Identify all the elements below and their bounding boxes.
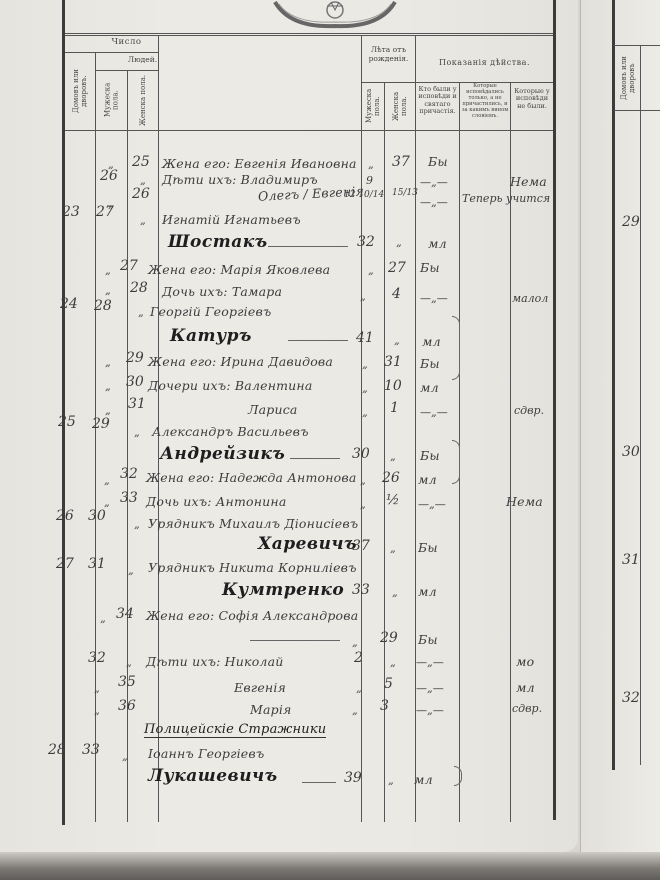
cell-age-male: „ — [362, 382, 368, 395]
cell-house: 24 — [60, 296, 78, 312]
cell-confessed: мл — [418, 584, 437, 599]
cell-name: Георгій Георгіевъ — [150, 304, 271, 319]
table-surface — [0, 852, 660, 880]
cell-confessed: мл — [422, 334, 441, 349]
hdr-bottom-rule — [65, 130, 553, 131]
cell-age-female: 10 — [384, 378, 402, 394]
cell-female: 30 — [126, 374, 144, 390]
crest-emblem-icon — [265, 0, 405, 30]
right-page-hdr-rule-bottom — [614, 110, 660, 111]
cell-male: „ — [105, 264, 111, 277]
cell-age-male: „ — [352, 704, 358, 717]
hdr-households: Домовъ или дворовъ. — [65, 55, 95, 128]
cell-surname: Харевичъ — [258, 534, 357, 554]
bracket-mark — [452, 316, 460, 380]
hdr-not-confessed: Которые у исповѣди не были. — [511, 88, 553, 110]
cell-name: Жена его: Софія Александрова — [146, 608, 358, 623]
cell-confessed: Бы — [420, 356, 440, 371]
right-page-number: 31 — [622, 552, 640, 568]
cell-age-male: 2 — [354, 650, 363, 666]
cell-age-female: „ — [390, 450, 396, 463]
cell-age-male: „ — [368, 158, 374, 171]
cell-female: 29 — [126, 350, 144, 366]
cell-female: 33 — [120, 490, 138, 506]
cell-confessed: —„— — [420, 176, 448, 189]
cell-house: 27 — [56, 556, 74, 572]
cell-age-female: 29 — [380, 630, 398, 646]
cell-surname: Катуръ — [170, 326, 252, 346]
cell-male: „ — [105, 284, 111, 297]
cell-female: 34 — [116, 606, 134, 622]
cell-name: Жена его: Евгенія Ивановна — [162, 156, 357, 171]
cell-age-female: 15/13 — [392, 188, 418, 198]
cell-name: Іоаннъ Георгіевъ — [148, 746, 264, 761]
cell-confessed: —„— — [418, 498, 446, 511]
cell-surname: Андрейзикъ — [160, 444, 285, 464]
hdr-age: Лѣта отъ рожденія. — [362, 46, 415, 63]
cell-confessed: —„— — [420, 196, 448, 209]
cell-age-male: 37 — [352, 538, 370, 554]
cell-female: 31 — [128, 396, 146, 412]
cell-name: Дѣти ихъ: Николай — [146, 654, 284, 669]
cell-female: „ — [122, 750, 128, 763]
header-top-rule — [65, 33, 553, 36]
cell-confessed: —„— — [420, 292, 448, 305]
cell-age-female: „ — [394, 334, 400, 347]
cell-house: 26 — [56, 508, 74, 524]
cell-male: „ — [94, 704, 100, 717]
cell-male: 33 — [82, 742, 100, 758]
cell-age-male: 32 — [357, 234, 375, 250]
cell-age-male: 41 — [356, 330, 374, 346]
cell-confessed: Бы — [418, 632, 438, 647]
hdr-rule-number — [65, 52, 158, 53]
section-heading: Полицейскіе Стражники — [144, 722, 326, 738]
cell-female: „ — [134, 518, 140, 531]
hdr-confession: Показанія дѣйства. — [416, 58, 553, 67]
cell-confessed: —„— — [416, 682, 444, 695]
cell-name: Дѣти ихъ: Владимиръ — [162, 172, 318, 187]
cell-name: Марія — [250, 702, 292, 717]
cell-note: Теперь учится — [462, 192, 550, 205]
cell-female: „ — [134, 426, 140, 439]
cell-age-female: 26 — [382, 470, 400, 486]
cell-male: 29 — [92, 416, 110, 432]
cell-confessed: мл — [420, 380, 439, 395]
cell-age-male: 30 — [352, 446, 370, 462]
right-page-number: 32 — [622, 690, 640, 706]
cell-age-female: 4 — [392, 286, 401, 302]
cell-note: Нема — [506, 494, 543, 509]
cell-confessed: —„— — [416, 656, 444, 669]
cell-note: Нема — [510, 174, 547, 189]
cell-name: Жена его: Марія Яковлева — [148, 262, 330, 277]
right-page-number: 29 — [622, 214, 640, 230]
cell-age-female: 5 — [384, 676, 393, 692]
cell-male: 28 — [94, 298, 112, 314]
cell-note: сдвр. — [514, 404, 544, 417]
cell-age-female: ½ — [386, 492, 400, 508]
cell-male: 31 — [88, 556, 106, 572]
cell-female: 27 — [120, 258, 138, 274]
cell-female: 36 — [118, 698, 136, 714]
cell-name: Лариса — [248, 402, 298, 417]
cell-male: „ — [105, 356, 111, 369]
hdr-male: Мужеска пола. — [96, 72, 127, 128]
hdr-female: Женска пола. — [128, 72, 158, 128]
hdr-people: Людей. — [127, 56, 158, 65]
filler-dash — [290, 458, 340, 459]
col-rule-4 — [361, 36, 362, 822]
cell-confessed: Бы — [420, 260, 440, 275]
cell-age-male: „ — [362, 358, 368, 371]
cell-age-female: „ — [392, 586, 398, 599]
bracket-mark — [452, 440, 460, 484]
cell-confessed: —„— — [416, 704, 444, 717]
cell-age-female: 3 — [380, 698, 389, 714]
hdr-confessed-not-communed: Которые исповѣдались только, а не причас… — [460, 84, 510, 120]
cell-female: „ — [128, 564, 134, 577]
cell-confessed: Бы — [428, 154, 448, 169]
cell-male: „ — [94, 682, 100, 695]
cell-female: 35 — [118, 674, 136, 690]
cell-age-female: „ — [390, 656, 396, 669]
right-page-frame-rule — [612, 0, 615, 770]
cell-note: мл — [516, 680, 535, 695]
cell-name: Дочь ихъ: Антонина — [146, 494, 287, 509]
cell-female: 26 — [132, 186, 150, 202]
cell-name: Жена его: Ирина Давидова — [148, 354, 333, 369]
hdr-rule-age — [361, 82, 553, 83]
cell-age-female: „ — [388, 774, 394, 787]
cell-confessed: мл — [414, 772, 433, 787]
cell-female: 25 — [132, 154, 150, 170]
right-page-hdr-households: Домовъ или дворовъ — [616, 48, 640, 108]
cell-age-male: „ — [356, 682, 362, 695]
cell-male: 26 — [100, 168, 118, 184]
cell-female: 32 — [120, 466, 138, 482]
cell-name: Дочери ихъ: Валентина — [148, 378, 313, 393]
cell-male: 30 — [88, 508, 106, 524]
cell-name: Урядникъ Михаилъ Діонисіевъ — [148, 516, 358, 531]
cell-name: Евгенія — [234, 680, 286, 695]
cell-female: „ — [138, 306, 144, 319]
cell-male: „ — [104, 474, 110, 487]
filler-dash — [268, 246, 348, 247]
cell-age-male: „ — [362, 406, 368, 419]
cell-confessed: мл — [418, 472, 437, 487]
cell-confessed: Бы — [420, 448, 440, 463]
cell-age-male: „ — [360, 474, 366, 487]
filler-dash — [288, 340, 348, 341]
cell-age-female: 1 — [390, 400, 399, 416]
cell-age-female: 27 — [388, 260, 406, 276]
cell-confessed: Бы — [418, 540, 438, 555]
cell-surname: Лукашевичъ — [148, 766, 278, 786]
filler-dash — [302, 782, 336, 783]
cell-age-female: 37 — [392, 154, 410, 170]
cell-age-male: 12 10/14 — [344, 190, 384, 200]
right-page-number: 30 — [622, 444, 640, 460]
cell-female: „ — [126, 656, 132, 669]
cell-name: Урядникъ Никита Корнилiевъ — [148, 560, 357, 575]
cell-name: Дочь ихъ: Тамара — [162, 284, 282, 299]
filler-dash — [250, 640, 340, 641]
cell-age-male: „ — [360, 498, 366, 511]
cell-note: малол — [512, 292, 548, 305]
cell-age-female: „ — [396, 236, 402, 249]
frame-right-rule — [553, 0, 556, 820]
cell-name: Игнатій Игнатьевъ — [162, 212, 301, 227]
hdr-age-female: Женска пола. — [385, 84, 415, 128]
cell-name: Александръ Васильевъ — [152, 424, 309, 439]
cell-age-male: „ — [352, 636, 358, 649]
cell-male: 32 — [88, 650, 106, 666]
right-page-hdr-rule-top — [614, 45, 660, 46]
cell-house: 25 — [58, 414, 76, 430]
right-page-col-rule — [640, 45, 641, 765]
cell-confessed: —„— — [420, 406, 448, 419]
cell-age-male: 33 — [352, 582, 370, 598]
cell-surname: Кумтренко — [222, 580, 344, 600]
hdr-confessed: Кто были у исповѣди и святаго причастія. — [416, 86, 459, 116]
hdr-number: Число — [95, 38, 158, 48]
cell-age-male: 9 — [366, 174, 373, 187]
cell-note: сдвр. — [512, 702, 542, 715]
cell-age-male: „ — [368, 264, 374, 277]
hdr-rule-people — [95, 70, 158, 71]
hdr-age-male: Мужеска пола. — [362, 84, 384, 128]
cell-note: мо — [516, 654, 534, 669]
cell-name: Жена его: Надежда Антонова — [146, 470, 357, 485]
cell-male: „ — [105, 380, 111, 393]
cell-house: 28 — [48, 742, 66, 758]
cell-age-male: „ — [360, 290, 366, 303]
cell-surname: Шостакъ — [168, 232, 268, 252]
cell-male: „ — [100, 612, 106, 625]
cell-male: 27 — [96, 204, 114, 220]
document-page-right — [580, 0, 660, 862]
cell-female: 28 — [130, 280, 148, 296]
cell-age-female: „ — [390, 542, 396, 555]
cell-house: 23 — [62, 204, 80, 220]
cell-age-male: 39 — [344, 770, 362, 786]
cell-confessed: мл — [428, 236, 447, 251]
cell-female: „ — [140, 214, 146, 227]
cell-age-female: 31 — [384, 354, 402, 370]
